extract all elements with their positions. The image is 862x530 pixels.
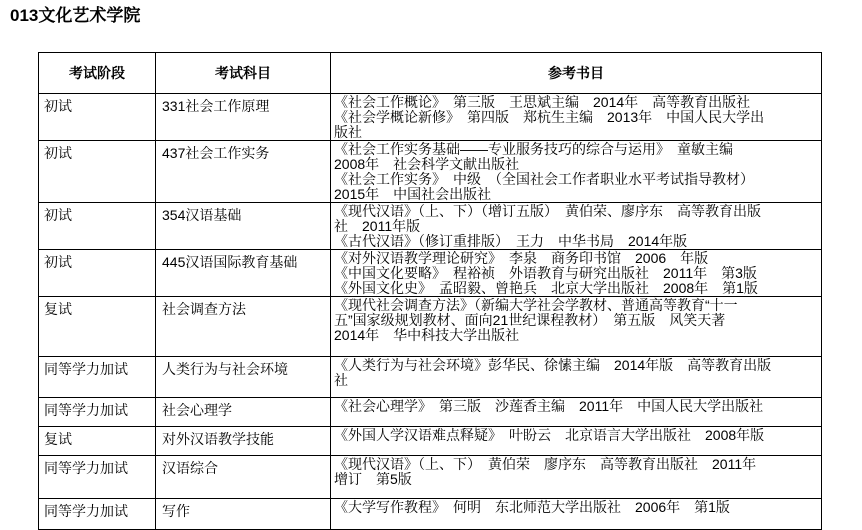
books-cell: 《现代汉语》（上、下）（增订五版） 黄伯荣、廖序东 高等教育出版 社 2011年… bbox=[331, 203, 822, 250]
subject-cell: 对外汉语教学技能 bbox=[156, 427, 331, 456]
stage-cell: 同等学力加试 bbox=[39, 456, 156, 499]
subject-cell: 人类行为与社会环境 bbox=[156, 357, 331, 398]
stage-cell: 初试 bbox=[39, 203, 156, 250]
table-row: 初试 437社会工作实务 《社会工作实务基础——专业服务技巧的综合与运用》 童敏… bbox=[39, 141, 822, 203]
books-cell: 《人类行为与社会环境》彭华民、徐愫主编 2014年版 高等教育出版 社 bbox=[331, 357, 822, 398]
table-row: 同等学力加试 人类行为与社会环境 《人类行为与社会环境》彭华民、徐愫主编 201… bbox=[39, 357, 822, 398]
stage-cell: 同等学力加试 bbox=[39, 499, 156, 530]
table-row: 初试 331社会工作原理 《社会工作概论》 第三版 王思斌主编 2014年 高等… bbox=[39, 94, 822, 141]
table-row: 初试 445汉语国际教育基础 《对外汉语教学理论研究》 李泉 商务印书馆 200… bbox=[39, 250, 822, 297]
books-cell: 《社会工作概论》 第三版 王思斌主编 2014年 高等教育出版社 《社会学概论新… bbox=[331, 94, 822, 141]
subject-cell: 社会调查方法 bbox=[156, 297, 331, 357]
subject-cell: 写作 bbox=[156, 499, 331, 530]
books-cell: 《对外汉语教学理论研究》 李泉 商务印书馆 2006 年版 《中国文化要略》 程… bbox=[331, 250, 822, 297]
subject-cell: 437社会工作实务 bbox=[156, 141, 331, 203]
books-cell: 《现代汉语》（上、下） 黄伯荣 廖序东 高等教育出版社 2011年 增订 第5版 bbox=[331, 456, 822, 499]
header-reference-books: 参考书目 bbox=[331, 53, 822, 94]
stage-cell: 同等学力加试 bbox=[39, 357, 156, 398]
subject-cell: 331社会工作原理 bbox=[156, 94, 331, 141]
page-title: 013文化艺术学院 bbox=[10, 6, 140, 26]
subject-cell: 445汉语国际教育基础 bbox=[156, 250, 331, 297]
stage-cell: 初试 bbox=[39, 141, 156, 203]
books-cell: 《外国人学汉语难点释疑》 叶盼云 北京语言大学出版社 2008年版 bbox=[331, 427, 822, 456]
subject-cell: 社会心理学 bbox=[156, 398, 331, 427]
table-row: 复试 对外汉语教学技能 《外国人学汉语难点释疑》 叶盼云 北京语言大学出版社 2… bbox=[39, 427, 822, 456]
subject-cell: 354汉语基础 bbox=[156, 203, 331, 250]
stage-cell: 同等学力加试 bbox=[39, 398, 156, 427]
reference-table: 考试阶段 考试科目 参考书目 初试 331社会工作原理 《社会工作概论》 第三版… bbox=[38, 52, 822, 530]
page: 013文化艺术学院 考试阶段 考试科目 参考书目 初试 331社会工作原理 《社… bbox=[0, 0, 862, 528]
stage-cell: 复试 bbox=[39, 427, 156, 456]
subject-cell: 汉语综合 bbox=[156, 456, 331, 499]
table-row: 初试 354汉语基础 《现代汉语》（上、下）（增订五版） 黄伯荣、廖序东 高等教… bbox=[39, 203, 822, 250]
header-exam-subject: 考试科目 bbox=[156, 53, 331, 94]
books-cell: 《现代社会调查方法》（新编大学社会学教材、普通高等教育“十一 五”国家级规划教材… bbox=[331, 297, 822, 357]
stage-cell: 初试 bbox=[39, 94, 156, 141]
table-header-row: 考试阶段 考试科目 参考书目 bbox=[39, 53, 822, 94]
table-row: 同等学力加试 汉语综合 《现代汉语》（上、下） 黄伯荣 廖序东 高等教育出版社 … bbox=[39, 456, 822, 499]
table-row: 复试 社会调查方法 《现代社会调查方法》（新编大学社会学教材、普通高等教育“十一… bbox=[39, 297, 822, 357]
stage-cell: 初试 bbox=[39, 250, 156, 297]
table-row: 同等学力加试 写作 《大学写作教程》 何明 东北师范大学出版社 2006年 第1… bbox=[39, 499, 822, 530]
books-cell: 《社会心理学》 第三版 沙莲香主编 2011年 中国人民大学出版社 bbox=[331, 398, 822, 427]
books-cell: 《大学写作教程》 何明 东北师范大学出版社 2006年 第1版 bbox=[331, 499, 822, 530]
books-cell: 《社会工作实务基础——专业服务技巧的综合与运用》 童敏主编 2008年 社会科学… bbox=[331, 141, 822, 203]
header-exam-stage: 考试阶段 bbox=[39, 53, 156, 94]
stage-cell: 复试 bbox=[39, 297, 156, 357]
table-row: 同等学力加试 社会心理学 《社会心理学》 第三版 沙莲香主编 2011年 中国人… bbox=[39, 398, 822, 427]
